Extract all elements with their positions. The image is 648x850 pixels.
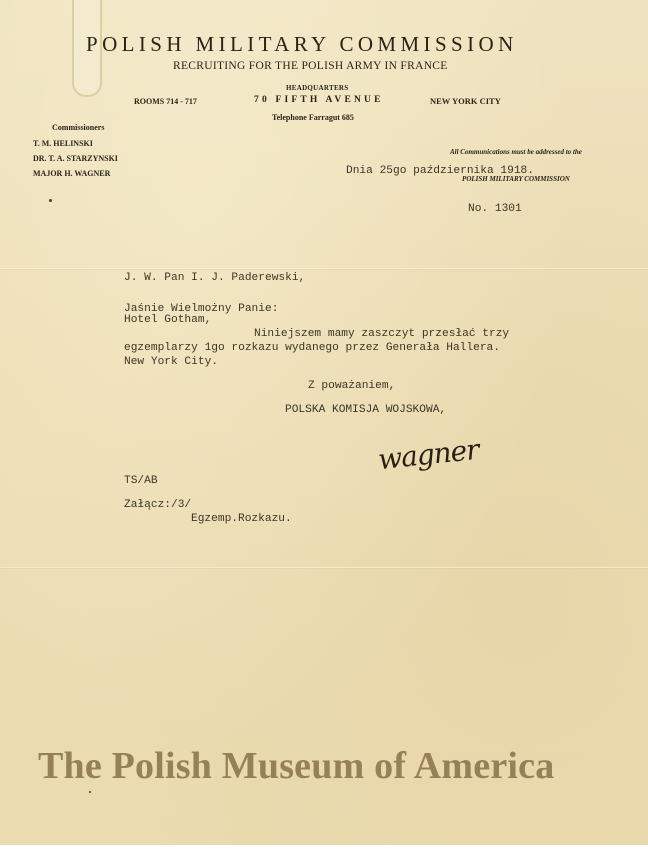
rooms: ROOMS 714 - 717 (134, 97, 197, 106)
enclosure: Załącz:/3/ (124, 499, 191, 511)
recipient-line: Hotel Gotham, (124, 313, 305, 327)
notice-line: All Communications must be addressed to … (450, 148, 582, 157)
handwritten-signature: wagner (377, 433, 480, 476)
body-line: egzemplarzy 1go rozkazu wydanego przez G… (124, 342, 500, 354)
salutation: Jaśnie Wielmożny Panie: (124, 303, 278, 315)
city: NEW YORK CITY (430, 96, 501, 106)
commissioners-label: Commissioners (52, 123, 104, 132)
recipient-address: J. W. Pan I. J. Paderewski, Hotel Gotham… (124, 243, 305, 397)
paper-speck (89, 791, 91, 793)
signatory-org: POLSKA KOMISJA WOJSKOWA, (285, 404, 446, 416)
body-line: Niniejszem mamy zaszczyt przesłać trzy (254, 328, 509, 340)
letterhead-title: POLISH MILITARY COMMISSION (86, 32, 518, 57)
letter-date: Dnia 25go października 1918. (346, 165, 534, 177)
commissioner-name: MAJOR H. WAGNER (33, 169, 110, 178)
telephone: Telephone Farragut 685 (272, 113, 354, 122)
fold-line-lower (0, 567, 648, 569)
enclosure-detail: Egzemp.Rozkazu. (191, 513, 292, 525)
street-address: 70 FIFTH AVENUE (254, 95, 384, 105)
reference-initials: TS/AB (124, 475, 158, 487)
closing: Z poważaniem, (308, 380, 395, 392)
recipient-line: New York City. (124, 355, 305, 369)
museum-watermark: The Polish Museum of America (38, 744, 554, 788)
commissioner-name: T. M. HELINSKI (33, 139, 93, 148)
commissioner-name: DR. T. A. STARZYNSKI (33, 154, 118, 163)
headquarters-label: HEADQUARTERS (286, 84, 348, 92)
letter-paper: POLISH MILITARY COMMISSION RECRUITING FO… (0, 0, 648, 845)
letter-number: No. 1301 (468, 203, 522, 215)
recipient-line: J. W. Pan I. J. Paderewski, (124, 271, 305, 285)
paper-speck (49, 199, 52, 202)
letterhead-subtitle: RECRUITING FOR THE POLISH ARMY IN FRANCE (173, 60, 448, 72)
fold-line-upper (0, 268, 648, 270)
